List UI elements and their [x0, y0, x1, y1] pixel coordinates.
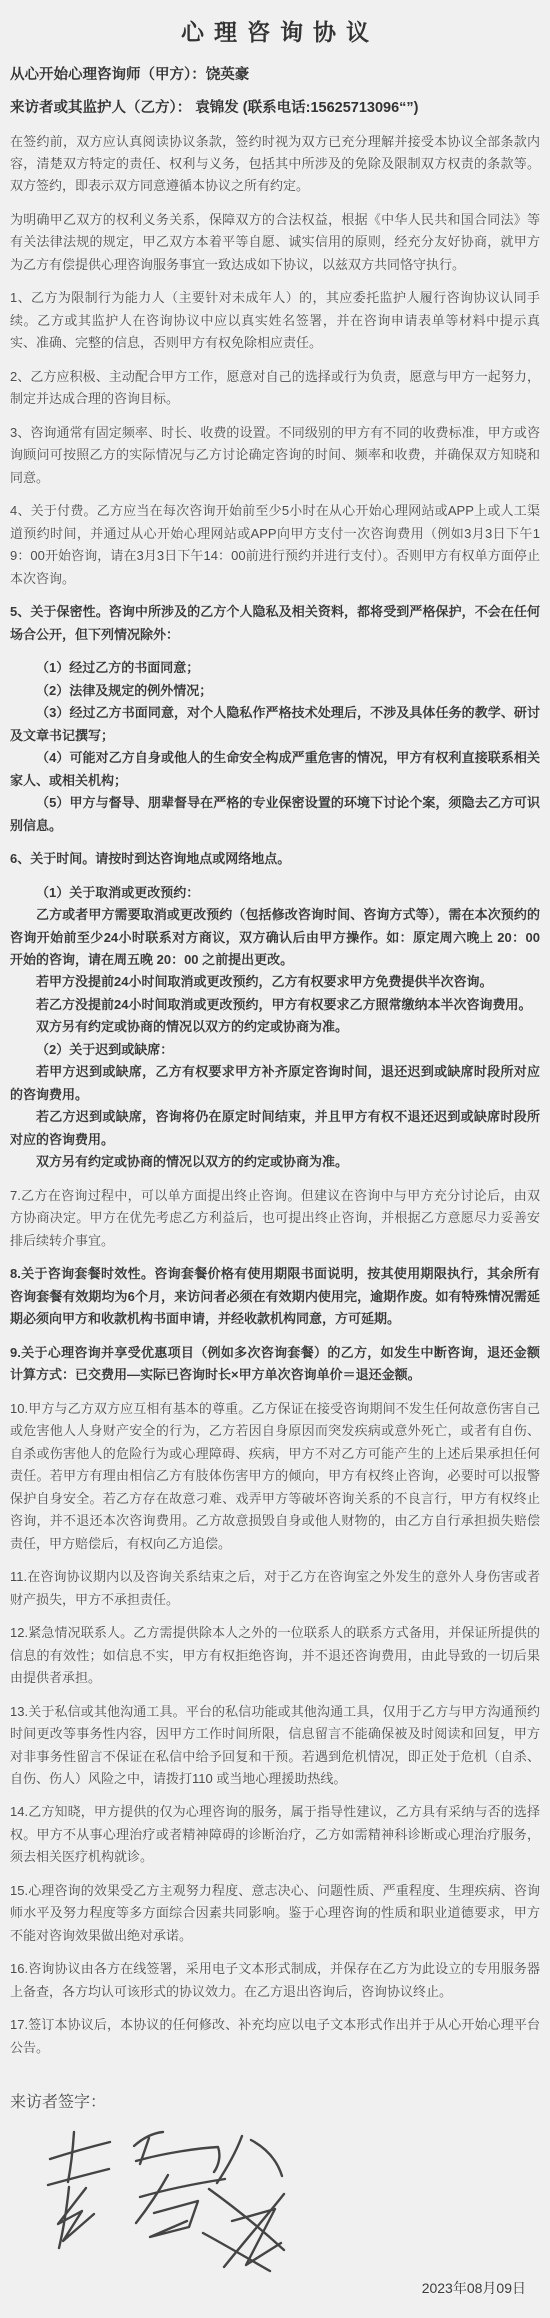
agreement-paragraph: 若甲方没提前24小时间取消或更改预约，乙方有权要求甲方免费提供半次咨询。: [10, 971, 540, 993]
agreement-paragraph: （1）经过乙方的书面同意；: [10, 657, 540, 679]
agreement-paragraphs: 在签约前，双方应认真阅读协议条款，签约时视为双方已充分理解并接受本协议全部条款内…: [10, 131, 540, 2060]
agreement-paragraph: 2、乙方应积极、主动配合甲方工作，愿意对自己的选择或行为负责，愿意与甲方一起努力…: [10, 366, 540, 411]
signing-date: 2023年08月09日: [10, 2278, 540, 2298]
party-b-line: 来访者或其监护人（乙方）： 袁锦发 (联系电话:15625713096“”): [10, 98, 540, 120]
agreement-paragraph: 5、关于保密性。咨询中所涉及的乙方个人隐私及相关资料，都将受到严格保护，不会在任…: [10, 601, 540, 646]
agreement-paragraph: （2）法律及规定的例外情况；: [10, 680, 540, 702]
agreement-paragraph: 双方另有约定或协商的情况以双方的约定或协商为准。: [10, 1151, 540, 1173]
agreement-paragraph: 11.在咨询协议期内以及咨询关系结束之后，对于乙方在咨询室之外发生的意外人身伤害…: [10, 1566, 540, 1611]
agreement-paragraph: 8.关于咨询套餐时效性。咨询套餐价格有使用期限书面说明，按其使用期限执行，其余所…: [10, 1263, 540, 1330]
agreement-paragraph: 16.咨询协议由各方在线签署，采用电子文本形式制成，并保存在乙方为此设立的专用服…: [10, 1958, 540, 2003]
agreement-paragraph: 乙方或者甲方需要取消或更改预约（包括修改咨询时间、咨询方式等），需在本次预约的咨…: [10, 904, 540, 971]
agreement-paragraph: 6、关于时间。请按时到达咨询地点或网络地点。: [10, 848, 540, 870]
agreement-paragraph: 若乙方迟到或缺席，咨询将仍在原定时间结束，并且甲方有权不退还迟到或缺席时段所对应…: [10, 1106, 540, 1151]
agreement-paragraph: （4）可能对乙方自身或他人的生命安全构成严重危害的情况，甲方有权利直接联系相关家…: [10, 747, 540, 792]
party-a-line: 从心开始心理咨询师（甲方）：饶英豪: [10, 65, 540, 87]
agreement-paragraph: 10.甲方与乙方双方应互相有基本的尊重。乙方保证在接受咨询期间不发生任何故意伤害…: [10, 1398, 540, 1555]
handwritten-signature: [46, 2126, 286, 2276]
visitor-signature-label: 来访者签字：: [10, 2089, 540, 2112]
agreement-page: 心理咨询协议 从心开始心理咨询师（甲方）：饶英豪 来访者或其监护人（乙方）： 袁…: [0, 0, 550, 2318]
agreement-paragraph: 1、乙方为限制行为能力人（主要针对未成年人）的，其应委托监护人履行咨询协议认同手…: [10, 287, 540, 354]
agreement-paragraph: 15.心理咨询的效果受乙方主观努力程度、意志决心、问题性质、严重程度、生理疾病、…: [10, 1880, 540, 1947]
agreement-paragraph: 3、咨询通常有固定频率、时长、收费的设置。不同级别的甲方有不同的收费标准，甲方或…: [10, 422, 540, 489]
agreement-paragraph: 7.乙方在咨询过程中，可以单方面提出终止咨询。但建议在咨询中与甲方充分讨论后，由…: [10, 1185, 540, 1252]
agreement-paragraph: 17.签订本协议后，本协议的任何修改、补充均应以电子文本形式作出并于从心开始心理…: [10, 2014, 540, 2059]
agreement-paragraph: 为明确甲乙双方的权利义务关系，保障双方的合法权益，根据《中华人民共和国合同法》等…: [10, 209, 540, 276]
agreement-paragraph: （1）关于取消或更改预约：: [10, 882, 540, 904]
signature-scribble: [46, 2126, 286, 2276]
agreement-paragraph: 在签约前，双方应认真阅读协议条款，签约时视为双方已充分理解并接受本协议全部条款内…: [10, 131, 540, 198]
agreement-paragraph: 若乙方没提前24小时间取消或更改预约，甲方有权要求乙方照常缴纳本半次咨询费用。: [10, 994, 540, 1016]
agreement-paragraph: （5）甲方与督导、朋辈督导在严格的专业保密设置的环境下讨论个案，须隐去乙方可识别…: [10, 792, 540, 837]
agreement-paragraph: 12.紧急情况联系人。乙方需提供除本人之外的一位联系人的联系方式备用，并保证所提…: [10, 1622, 540, 1689]
agreement-paragraph: （2）关于迟到或缺席：: [10, 1039, 540, 1061]
agreement-paragraph: 9.关于心理咨询并享受优惠项目（例如多次咨询套餐）的乙方，如发生中断咨询，退还金…: [10, 1342, 540, 1387]
agreement-paragraph: （3）经过乙方书面同意，对个人隐私作严格技术处理后，不涉及具体任务的教学、研讨及…: [10, 702, 540, 747]
agreement-paragraph: 13.关于私信或其他沟通工具。平台的私信功能或其他沟通工具，仅用于乙方与甲方沟通…: [10, 1701, 540, 1791]
page-title: 心理咨询协议: [10, 14, 540, 47]
agreement-paragraph: 14.乙方知晓，甲方提供的仅为心理咨询的服务，属于指导性建议，乙方具有采纳与否的…: [10, 1801, 540, 1868]
agreement-paragraph: 4、关于付费。乙方应当在每次咨询开始前至少5小时在从心开始心理网站或APP上或人…: [10, 500, 540, 590]
agreement-paragraph: 双方另有约定或协商的情况以双方的约定或协商为准。: [10, 1016, 540, 1038]
agreement-paragraph: 若甲方迟到或缺席，乙方有权要求甲方补齐原定咨询时间，退还迟到或缺席时段所对应的咨…: [10, 1061, 540, 1106]
